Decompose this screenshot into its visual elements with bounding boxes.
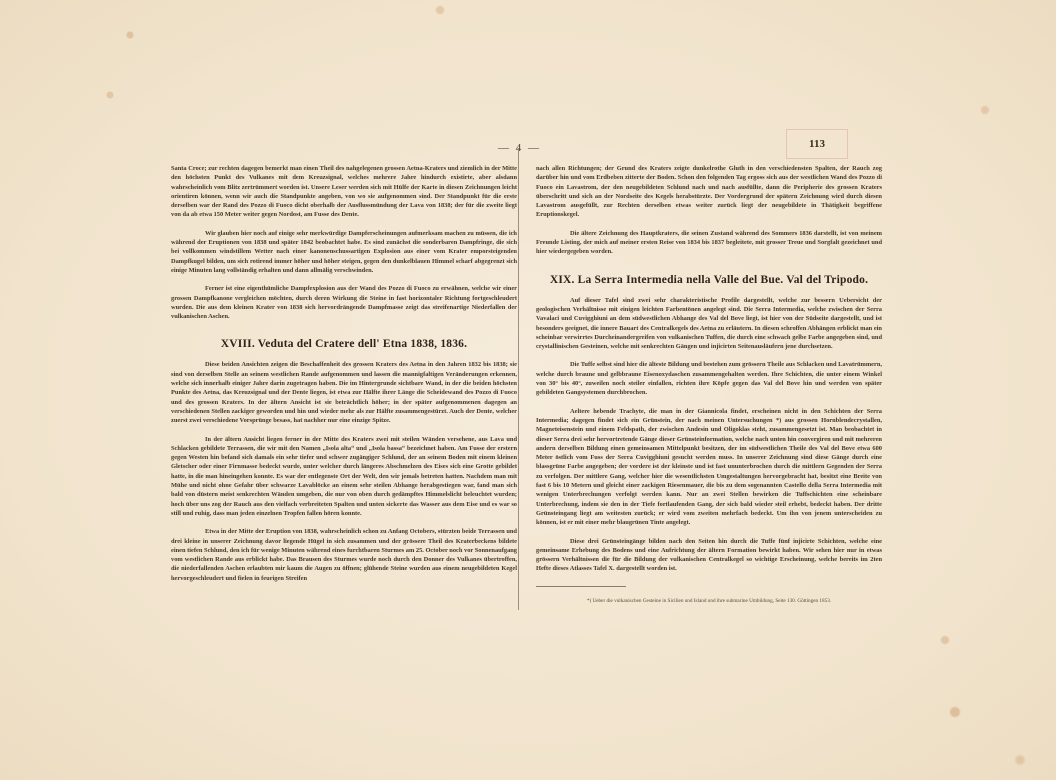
paragraph: Auf dieser Tafel sind zwei sehr charakte… [536, 296, 882, 352]
stamp-page-number: 113 [809, 138, 825, 150]
paper-background [0, 0, 1056, 780]
paragraph: Ferner ist eine eigenthümliche Dampfexpl… [171, 284, 517, 321]
left-column: Santa Croce; zur rechten dagegen bemerkt… [171, 164, 517, 592]
page-number: — 4 — [498, 142, 541, 154]
paragraph: Aeltere hebende Trachyte, die man in der… [536, 407, 882, 528]
footnote-rule [536, 586, 626, 587]
paragraph: Santa Croce; zur rechten dagegen bemerkt… [171, 164, 517, 220]
paragraph: nach allen Richtungen; der Grund des Kra… [536, 164, 882, 220]
paragraph: Die Tuffe selbst sind hier die älteste B… [536, 360, 882, 397]
section-heading-xviii: XVIII. Veduta del Cratere dell' Etna 183… [171, 337, 517, 351]
paragraph: In der ältern Ansicht liegen ferner in d… [171, 435, 517, 519]
paragraph: Diese drei Grünsteingänge bilden nach de… [536, 537, 882, 574]
column-divider [518, 148, 519, 610]
right-column: nach allen Richtungen; der Grund des Kra… [536, 164, 882, 605]
paragraph: Die ältere Zeichnung des Hauptkraters, d… [536, 229, 882, 257]
paragraph: Etwa in der Mitte der Eruption von 1838,… [171, 527, 517, 583]
paragraph: Diese beiden Ansichten zeigen die Bescha… [171, 360, 517, 425]
paragraph: Wir glauben hier noch auf einige sehr me… [171, 229, 517, 275]
footnote: *) Ueber die vulkanischen Gesteine in Si… [536, 597, 882, 605]
section-heading-xix: XIX. La Serra Intermedia nella Valle del… [536, 273, 882, 287]
library-stamp: 113 [786, 129, 848, 159]
